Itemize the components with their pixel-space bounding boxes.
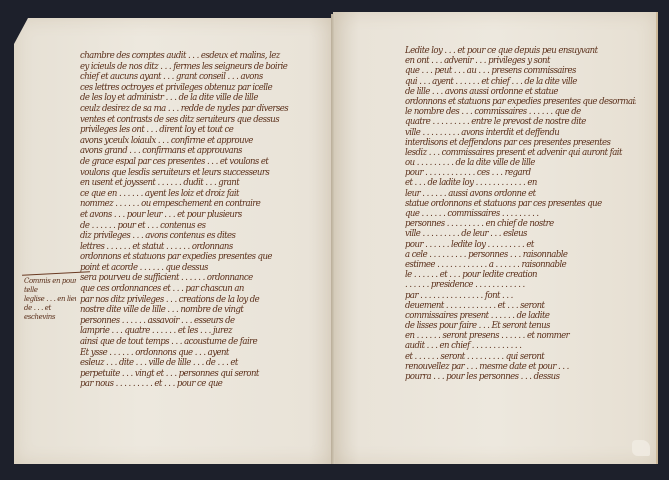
- manuscript-line: Et ysse . . . . . . ordonnons que . . . …: [80, 348, 314, 359]
- manuscript-line: ville . . . . . . . . . avons interdit e…: [405, 128, 636, 138]
- manuscript-line: voulons que lesdis seruiteurs et leurs s…: [80, 168, 314, 179]
- manuscript-line: que ces ordonnances et . . . par chascun…: [80, 284, 314, 295]
- manuscript-line: sera pourveu de sufficient . . . . . . o…: [80, 273, 314, 284]
- manuscript-line: . . . . . . presidence . . . . . . . . .…: [405, 280, 636, 290]
- manuscript-line: de grace espal par ces presentes . . . e…: [80, 157, 314, 168]
- manuscript-line: estimee . . . . . . . . . . . . a . . . …: [405, 260, 636, 270]
- manuscript-line: personnes . . . . . . . . . en chief de …: [405, 219, 636, 229]
- manuscript-line: en . . . . . . seront presens . . . . . …: [405, 331, 636, 341]
- manuscript-line: ce que en . . . . . . ayent les loiz et …: [80, 189, 314, 200]
- manuscript-line: nostre dite ville de lille . . . nombre …: [80, 305, 314, 316]
- manuscript-line: ou . . . . . . . . . de la dite ville de…: [405, 158, 636, 168]
- manuscript-line: ceulz desirez de sa ma . . . redde de ny…: [80, 104, 314, 115]
- manuscript-line: par nous . . . . . . . . . et . . . pour…: [80, 379, 314, 390]
- manuscript-line: leur . . . . . . aussi avons ordonne et: [405, 189, 636, 199]
- manuscript-line: par . . . . . . . . . . . . . . . font .…: [405, 291, 636, 301]
- manuscript-line: avons grand . . . confirmans et approuva…: [80, 146, 314, 157]
- manuscript-line: interdisons et deffendons par ces presen…: [405, 138, 636, 148]
- manuscript-line: quatre . . . . . . . . . entre le prevos…: [405, 117, 636, 127]
- manuscript-line: lamprie . . . quatre . . . . . . et les …: [80, 326, 314, 337]
- manuscript-line: de . . . . . . pour et . . . contenus es: [80, 221, 314, 232]
- manuscript-line: pour . . . . . . . . . . . . ces . . . r…: [405, 168, 636, 178]
- manuscript-line: renouvellez par . . . mesme date et pour…: [405, 362, 636, 372]
- manuscript-line: commissaires present . . . . . . de ladi…: [405, 311, 636, 321]
- manuscript-line: de . . . et: [24, 303, 76, 312]
- manuscript-line: et . . . . . . seront . . . . . . . . . …: [405, 352, 636, 362]
- manuscript-line: pourra . . . pour les personnes . . . de…: [405, 372, 636, 382]
- manuscript-line: telle: [24, 285, 76, 294]
- manuscript-line: Commis en pour: [24, 276, 76, 285]
- manuscript-line: ordonnons et statuons par expedies prese…: [80, 252, 314, 263]
- manuscript-line: nommez . . . . . . ou empeschement en co…: [80, 199, 314, 210]
- margin-note: Commis en pourtelleleglise . . . en lieu…: [24, 276, 80, 321]
- manuscript-line: privileges les ont . . . dirent loy et t…: [80, 125, 314, 136]
- manuscript-line: diz privileges . . . avons contenus es d…: [80, 231, 314, 242]
- manuscript-line: ey icieuls de nos ditz . . . fermes les …: [80, 62, 314, 73]
- manuscript-line: audit . . . en chief . . . . . . . . . .…: [405, 341, 636, 351]
- manuscript-line: de lisses pour faire . . . Et seront ten…: [405, 321, 636, 331]
- manuscript-line: que . . . . . . commissaires . . . . . .…: [405, 209, 636, 219]
- right-page-text: Ledite loy . . . et pour ce que depuis p…: [405, 46, 653, 382]
- manuscript-line: eschevins: [24, 312, 76, 321]
- manuscript-line: qui . . . ayent . . . . . . et chief . .…: [405, 77, 636, 87]
- manuscript-line: Ledite loy . . . et pour ce que depuis p…: [405, 46, 636, 56]
- manuscript-line: personnes . . . . . . assavoir . . . ess…: [80, 316, 314, 327]
- manuscript-line: et avons . . . pour leur . . . et pour p…: [80, 210, 314, 221]
- manuscript-line: ces lettres octroyes et privileges obten…: [80, 83, 314, 94]
- manuscript-line: que . . . peut . . . au . . . presens co…: [405, 66, 636, 76]
- manuscript-line: chief et aucuns ayant . . . grant consei…: [80, 72, 314, 83]
- manuscript-line: et . . . de ladite loy . . . . . . . . .…: [405, 178, 636, 188]
- manuscript-line: lettres . . . . . . et statut . . . . . …: [80, 242, 314, 253]
- manuscript-line: esleuz . . . dite . . . ville de lille .…: [80, 358, 314, 369]
- manuscript-line: par nos ditz privileges . . . creations …: [80, 295, 314, 306]
- manuscript-line: point et acorde . . . . . . que dessus: [80, 263, 314, 274]
- manuscript-line: le nombre des . . . commissaires . . . .…: [405, 107, 636, 117]
- manuscript-line: leglise . . . en lieu: [24, 294, 76, 303]
- manuscript-line: en ont . . . advenir . . . privileges y …: [405, 56, 636, 66]
- manuscript-line: avons yceulx loiaulx . . . confirme et a…: [80, 136, 314, 147]
- manuscript-line: de les loy et administr . . . de la dite…: [80, 93, 314, 104]
- manuscript-line: deuement . . . . . . . . . . . . et . . …: [405, 301, 636, 311]
- manuscript-line: lesdiz . . . commissaires present et adv…: [405, 148, 636, 158]
- manuscript-line: statue ordonnons et statuons par ces pre…: [405, 199, 636, 209]
- manuscript-line: en usent et joyssent . . . . . . dudit .…: [80, 178, 314, 189]
- manuscript-line: ville . . . . . . . . . de leur . . . es…: [405, 229, 636, 239]
- manuscript-line: le . . . . . . et . . . pour ledite crea…: [405, 270, 636, 280]
- manuscript-line: ordonnons et statuons par expedies prese…: [405, 97, 636, 107]
- manuscript-line: pour . . . . . . ledite loy . . . . . . …: [405, 240, 636, 250]
- left-page-text: chambre des comptes audit . . . esdeux e…: [80, 51, 332, 390]
- manuscript-line: de lille . . . avons aussi ordonne et st…: [405, 87, 636, 97]
- manuscript-line: chambre des comptes audit . . . esdeux e…: [80, 51, 314, 62]
- manuscript-line: ainsi que de tout temps . . . acoustume …: [80, 337, 314, 348]
- manuscript-line: ventes et contrasts de ses ditz seruiteu…: [80, 115, 314, 126]
- manuscript-line: a cele . . . . . . . . . personnes . . .…: [405, 250, 636, 260]
- manuscript-line: perpetuite . . . vingt et . . . personne…: [80, 369, 314, 380]
